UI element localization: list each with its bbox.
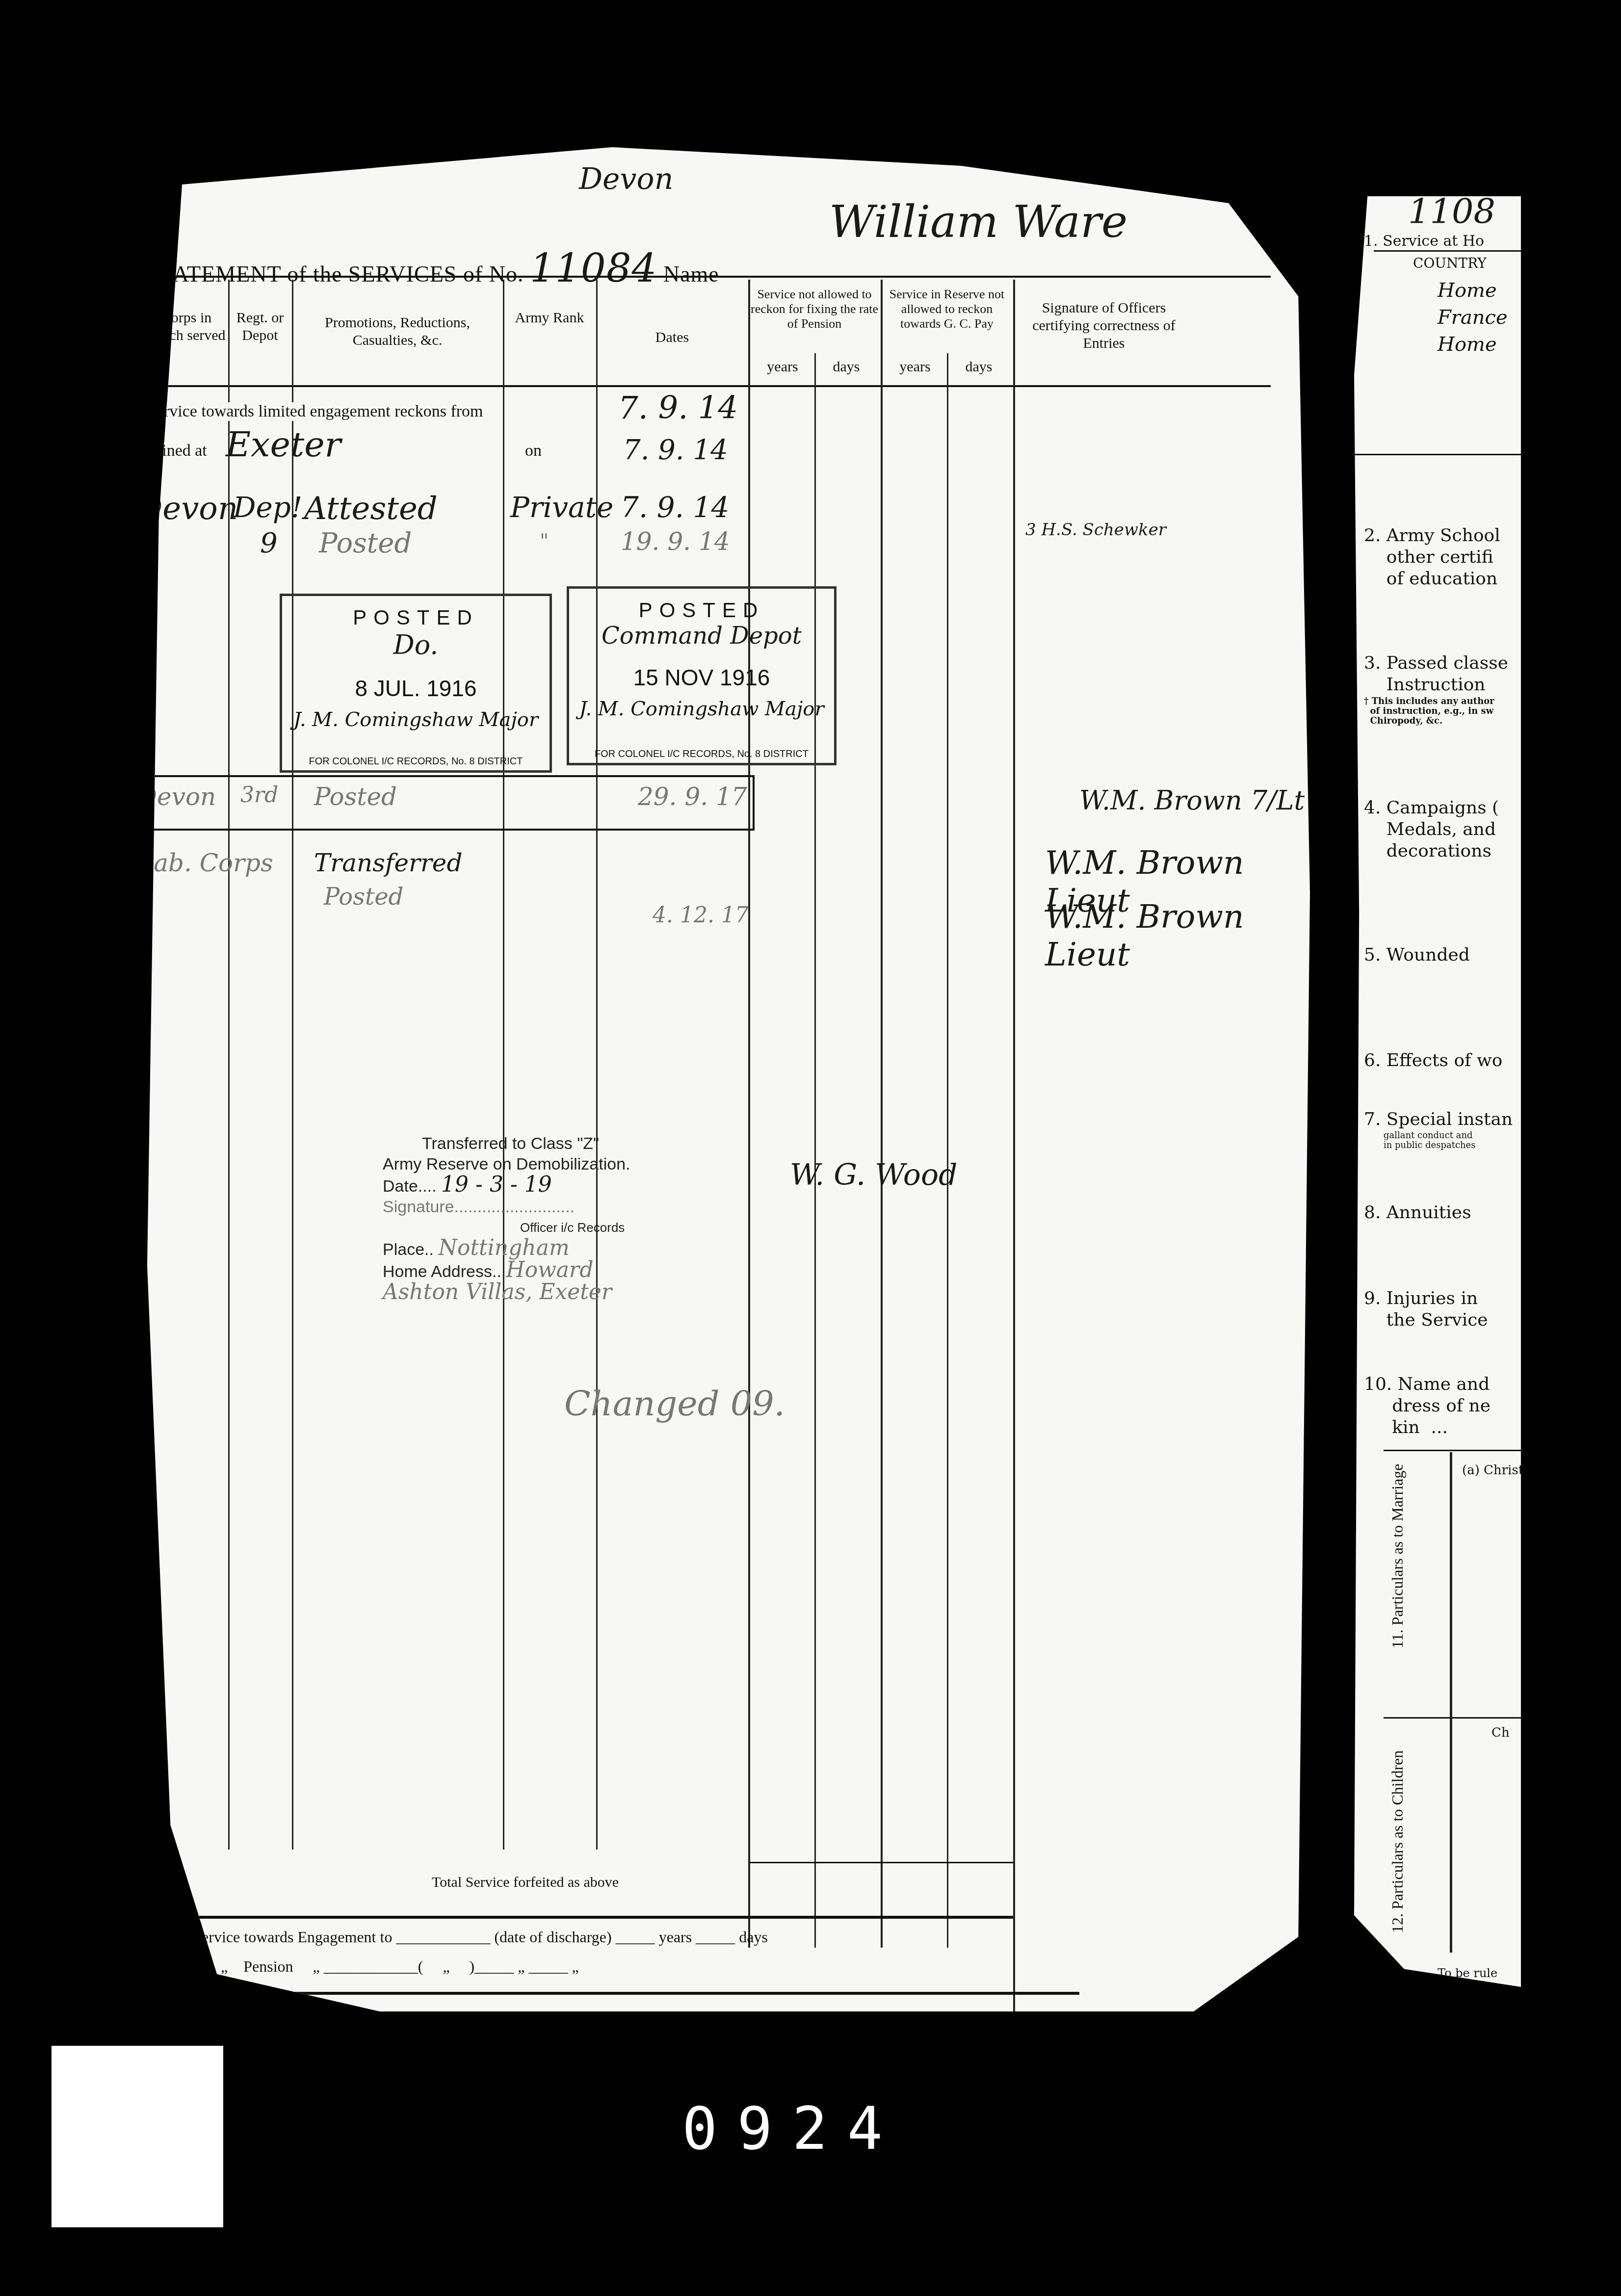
- rule: [1384, 1717, 1521, 1719]
- demob-place: Nottingham: [438, 1235, 569, 1260]
- col-reserve: Service in Reserve not allowed to reckon…: [883, 287, 1011, 331]
- stamp-date: 8 JUL. 1916: [282, 675, 549, 702]
- entry-date: 7. 9. 14: [621, 491, 729, 524]
- entry-corps: Lab. Corps: [137, 849, 273, 877]
- entry-signature: 3 H.S. Schewker: [1025, 520, 1166, 540]
- grid-line: [1013, 280, 1015, 2105]
- item-1: 1. Service at Ho: [1364, 231, 1484, 252]
- pension-row: „ Pension „ ____________( „ )_____ „ ___…: [221, 1957, 579, 1976]
- entry-corps: Devon: [137, 491, 238, 527]
- item-3: 3. Passed classe Instruction: [1364, 652, 1508, 696]
- on-label: on: [525, 442, 542, 460]
- demob-address-line1: Howard: [506, 1257, 593, 1282]
- joined-at-place: Exeter: [226, 424, 341, 465]
- col-regt: Regt. or Depot: [231, 309, 289, 344]
- demob-address-label: Home Address: [383, 1262, 492, 1281]
- stamp-footer: FOR COLONEL I/C RECORDS, No. 8 DISTRICT: [282, 756, 549, 767]
- col-dates: Dates: [599, 329, 746, 346]
- total-engagement-row: Total Service towards Engagement to ____…: [157, 1928, 768, 1946]
- rule: [1450, 1717, 1452, 1953]
- stamp-footer: FOR COLONEL I/C RECORDS, No. 8 DISTRICT: [569, 749, 834, 760]
- entry-regt: Dep!: [233, 491, 302, 524]
- col-corps: Corps in which served: [147, 309, 226, 344]
- soldier-name: William Ware: [829, 196, 1127, 248]
- right-footer: To be rule: [1438, 1962, 1497, 1984]
- header-bottom-rule: [147, 385, 1271, 387]
- marriage-col: (a) Christia: [1462, 1460, 1535, 1481]
- name-label: Name: [663, 261, 719, 287]
- entry-event: Posted: [314, 783, 397, 811]
- posted-stamp: POSTED Do. 8 JUL. 1916 J. M. Comingshaw …: [280, 594, 552, 773]
- item-10: 10. Name and dress of ne kin ...: [1364, 1374, 1490, 1438]
- item-4: 4. Campaigns ( Medals, and decorations: [1364, 797, 1499, 862]
- joined-on-date: 7. 9. 14: [623, 434, 728, 466]
- entry-signature: W.M. Brown 7/Lt: [1079, 785, 1305, 816]
- entry-event: Transferred: [314, 849, 462, 877]
- item-2: 2. Army School other certifi of educatio…: [1364, 525, 1500, 590]
- item-12: 12. Particulars as to Children: [1388, 1750, 1407, 1933]
- children-col: Ch: [1491, 1722, 1510, 1744]
- item-7-note: gallant conduct and in public despatches: [1384, 1131, 1476, 1150]
- rule: [1450, 1452, 1452, 1717]
- right-page-number: 1108: [1408, 191, 1495, 232]
- entry-date: 29. 9. 17: [638, 783, 747, 811]
- frame-counter: 0924: [682, 2095, 902, 2163]
- demob-signature-label: Signature: [383, 1198, 454, 1216]
- total-forfeited-label: Total Service forfeited as above: [432, 1874, 619, 1891]
- demob-line2: Army Reserve on Demobilization.: [383, 1154, 630, 1174]
- subcol-days-2: days: [947, 358, 1011, 376]
- entry-corps: Devon: [137, 783, 216, 811]
- grid-line: [503, 280, 504, 1850]
- stamp-unit: Do.: [282, 629, 549, 660]
- bottom-rule: [147, 1992, 1079, 1995]
- demob-address-line2: Ashton Villas, Exeter: [383, 1282, 630, 1303]
- col-pension: Service not allowed to reckon for fixing…: [751, 287, 878, 331]
- col-rank: Army Rank: [505, 309, 594, 327]
- demob-place-label: Place: [383, 1240, 424, 1259]
- item-9: 9. Injuries in the Service: [1364, 1288, 1488, 1331]
- date-of-discharge-label: (date of discharge): [494, 1928, 611, 1946]
- item-3-note: † This includes any author of instructio…: [1364, 697, 1494, 726]
- totals-rule: [147, 1916, 1013, 1919]
- stamp-heading: POSTED: [569, 599, 834, 622]
- grid-line: [947, 353, 948, 1948]
- demob-date-label: Date: [383, 1177, 418, 1196]
- entry-regt: 3rd: [240, 783, 278, 808]
- title-prefix: STATEMENT of the SERVICES of No.: [147, 261, 523, 287]
- rule: [1384, 1450, 1521, 1451]
- item-6: 6. Effects of wo: [1364, 1050, 1502, 1071]
- item-5: 5. Wounded: [1364, 944, 1470, 966]
- entry-signature: W.M. Brown Lieut: [1045, 898, 1310, 973]
- grid-line: [748, 280, 750, 1948]
- stamp-heading: POSTED: [282, 606, 549, 629]
- calibration-card: [52, 2046, 223, 2227]
- form-title: STATEMENT of the SERVICES of No. 11084 N…: [147, 245, 719, 291]
- demobilization-stamp: Transferred to Class "Z" Army Reserve on…: [383, 1133, 630, 1303]
- country-entry: Home: [1438, 334, 1497, 355]
- item-8: 8. Annuities: [1364, 1202, 1471, 1224]
- stamp-date: 15 NOV 1916: [569, 664, 834, 691]
- total-engagement-label: Total Service towards Engagement to: [157, 1928, 392, 1946]
- stamp-unit: Command Depot: [569, 622, 834, 650]
- col-promotions: Promotions, Reductions, Casualties, &c.: [294, 314, 500, 349]
- facing-page-partial: 1108 1. Service at Ho COUNTRY Home Franc…: [1354, 196, 1521, 1987]
- rule: [1354, 454, 1521, 455]
- total-rule: [748, 1862, 1013, 1863]
- subcol-years-2: years: [883, 358, 947, 376]
- rule: [1374, 250, 1521, 252]
- entry-regt: 9: [260, 527, 278, 559]
- joined-at-label: Joined at: [147, 442, 207, 460]
- regiment-header: Devon: [579, 162, 673, 196]
- item-11: 11. Particulars as to Marriage: [1388, 1464, 1407, 1648]
- entry-corps: ": [147, 530, 156, 552]
- header-rule: [147, 276, 1271, 278]
- pension-label: Pension: [243, 1957, 293, 1975]
- days-label: days: [739, 1928, 768, 1946]
- entry-event: Attested: [304, 491, 438, 527]
- service-record-page: Devon William Ware STATEMENT of the SERV…: [147, 147, 1310, 2011]
- demob-date: 19 - 3 - 19: [441, 1172, 552, 1197]
- entry-rank: Private: [510, 491, 613, 524]
- annotation: Changed 09.: [564, 1383, 785, 1424]
- country-header: COUNTRY: [1413, 253, 1487, 274]
- demob-officer-label: Officer i/c Records: [383, 1217, 630, 1238]
- country-entry: Home: [1438, 280, 1497, 301]
- entry-event: Posted: [319, 527, 412, 559]
- service-reckons-label: Service towards limited engagement recko…: [147, 402, 488, 421]
- demob-line1: Transferred to Class "Z": [383, 1133, 630, 1154]
- grid-line: [881, 280, 883, 1948]
- col-signature: Signature of Officers certifying correct…: [1016, 299, 1192, 352]
- posted-stamp: POSTED Command Depot 15 NOV 1916 J. M. C…: [567, 586, 837, 765]
- country-entry: France: [1438, 307, 1508, 328]
- entry-date: 19. 9. 14: [621, 527, 730, 556]
- service-reckons-date: 7. 9. 14: [618, 390, 738, 426]
- subcol-days-1: days: [814, 358, 878, 376]
- subcol-years-1: years: [751, 358, 814, 376]
- item-7: 7. Special instan: [1364, 1109, 1513, 1130]
- service-number: 11084: [530, 245, 657, 291]
- demob-signature: W. G. Wood: [790, 1158, 958, 1192]
- entry-rank: ": [540, 530, 549, 552]
- entry-date: 4. 12. 17: [653, 903, 749, 928]
- years-label: years: [659, 1928, 692, 1946]
- entry-event: Posted: [324, 883, 403, 911]
